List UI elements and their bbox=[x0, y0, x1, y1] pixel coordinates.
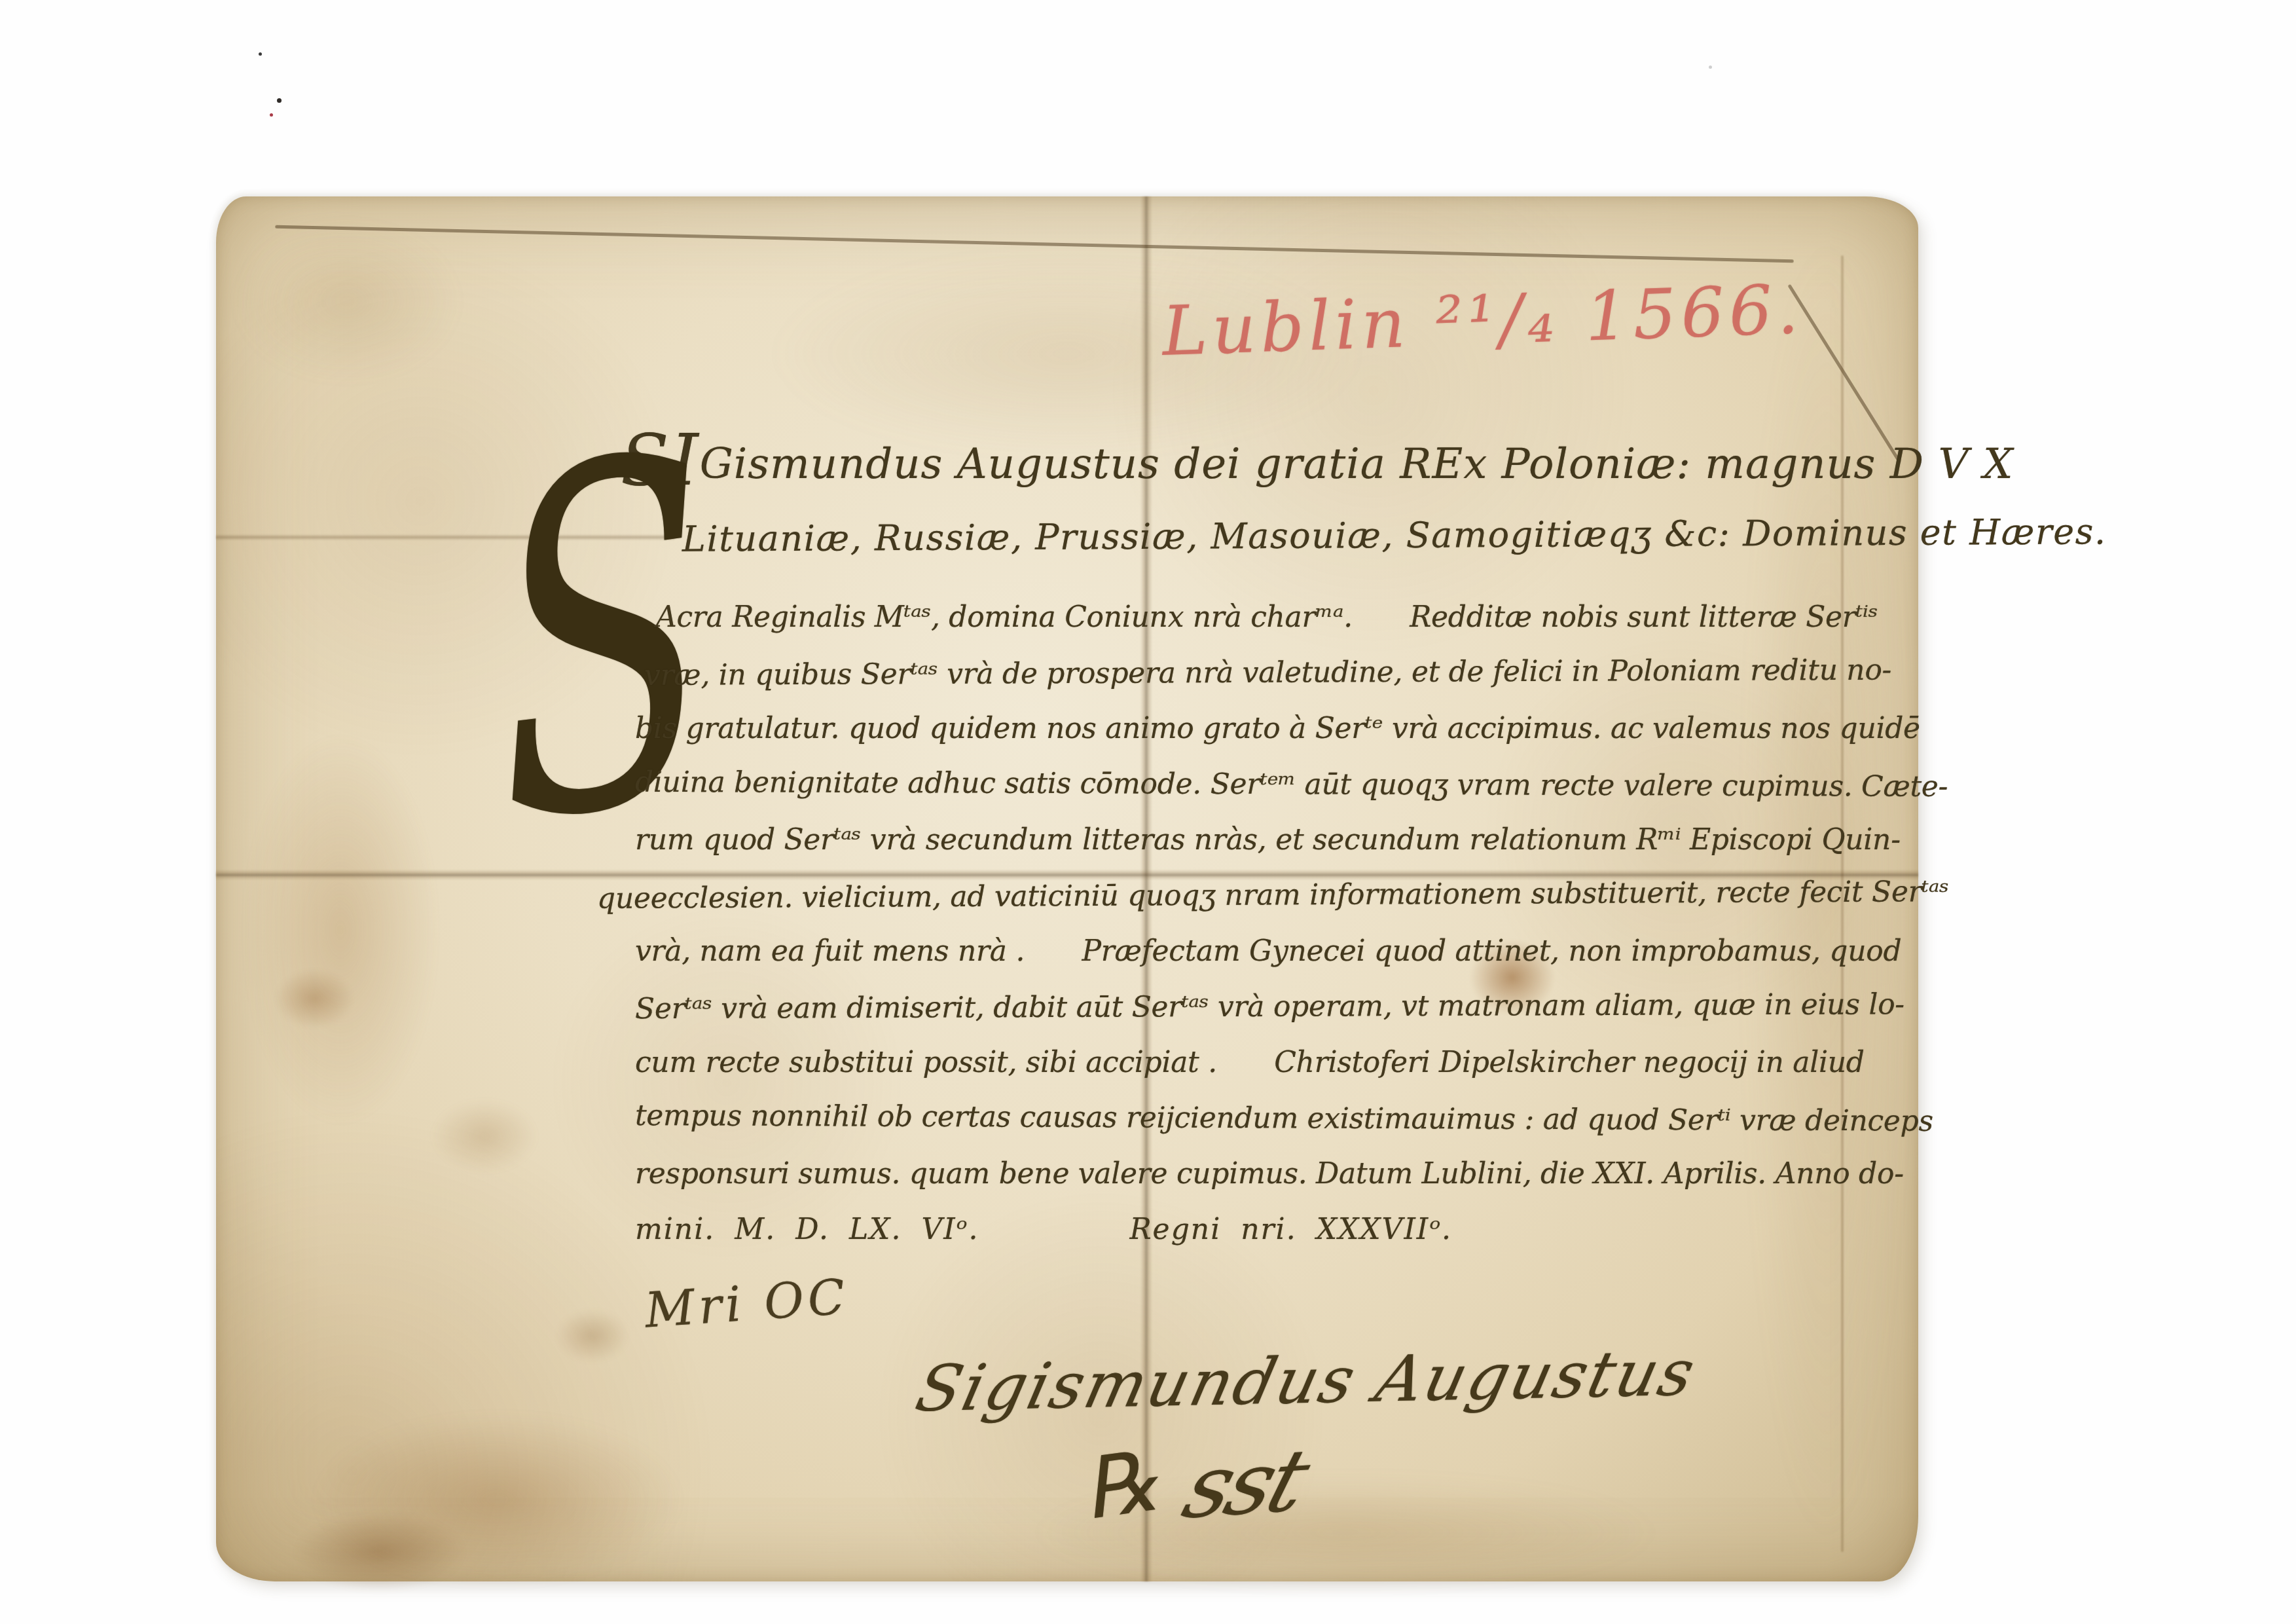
body-line: bis gratulatur. quod quidem nos animo gr… bbox=[635, 701, 1813, 756]
body-line: vræ, in quibus Serᵗᵃˢ vrà de prospera nr… bbox=[644, 642, 1813, 703]
body-line: cum recte substitui possit, sibi accipia… bbox=[635, 1035, 1813, 1090]
docket-note: Mri OC bbox=[643, 1268, 850, 1339]
body-line: responsuri sumus. quam bene valere cupim… bbox=[635, 1146, 1813, 1202]
body-line: diuina benignitate adhuc satis cōmode. S… bbox=[635, 754, 1813, 814]
rex-monogram: ℞ bbox=[1077, 1432, 1165, 1540]
salutation-line-2: Lituaniæ, Russiæ, Prussiæ, Masouiæ, Samo… bbox=[682, 511, 2107, 559]
stain-blot bbox=[432, 1100, 537, 1172]
stain-blot bbox=[275, 969, 354, 1028]
body-line: Serᵗᵃˢ vrà eam dimiserit, dabit aūt Serᵗ… bbox=[635, 977, 1813, 1037]
body-line: tempus nonnihil ob certas causas reijcie… bbox=[635, 1088, 1813, 1149]
body-line: vrà, nam ea fuit mens nrà . Præfectam Gy… bbox=[635, 923, 1813, 979]
body-line: queecclesien. vielicium, ad vaticiniū qu… bbox=[597, 864, 1813, 927]
letter-body: Acra Reginalis Mᵗᵃˢ, domina Coniunx nrà … bbox=[635, 589, 1813, 1257]
body-line: Acra Reginalis Mᵗᵃˢ, domina Coniunx nrà … bbox=[656, 589, 1813, 645]
stain-blot bbox=[242, 733, 439, 1126]
salutation-line-1: SIGismundus Augustus dei gratia REx Polo… bbox=[621, 440, 2014, 489]
royal-signature: Sigismundus Augustus bbox=[909, 1336, 1703, 1426]
body-line: rum quod Serᵗᵃˢ vrà secundum litteras nr… bbox=[635, 812, 1813, 868]
dust-specks bbox=[259, 52, 262, 56]
manuscript-sheet: Lublin ²¹/₄ 1566. SIGismundus Augustus d… bbox=[216, 196, 1918, 1581]
signature-paraph: ℞sst bbox=[1084, 1434, 1300, 1535]
stain-blot bbox=[236, 223, 458, 380]
scanner-background: Lublin ²¹/₄ 1566. SIGismundus Augustus d… bbox=[0, 0, 2296, 1624]
subscripsit-mark: sst bbox=[1173, 1430, 1317, 1539]
body-line: mini. M. D. LX. VIᵒ. Regni nri. XXXVIIᵒ. bbox=[635, 1202, 1813, 1257]
stain-blot bbox=[295, 1513, 465, 1591]
stain-blot bbox=[556, 1310, 629, 1362]
heading-line1-text: Gismundus Augustus dei gratia REx Poloni… bbox=[700, 440, 2014, 489]
